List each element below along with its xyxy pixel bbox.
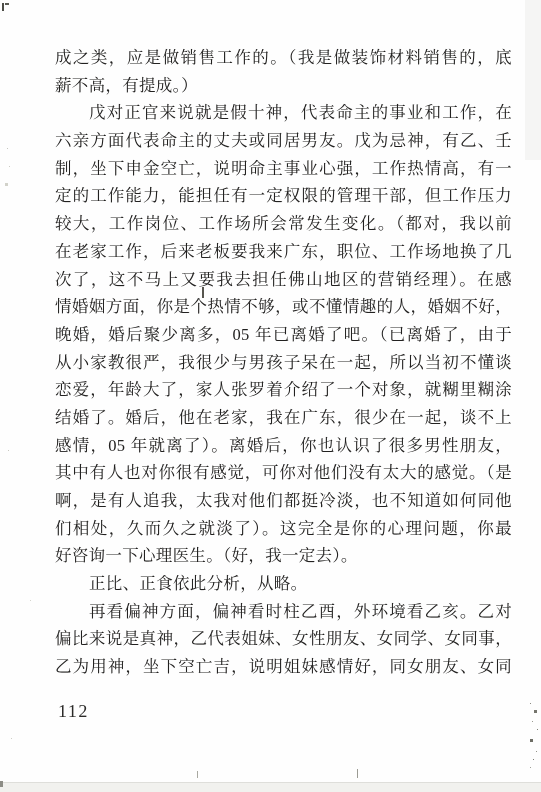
scan-noise-top-right-dots bbox=[526, 3, 527, 4]
text-line: 戊对正官来说就是假十神，代表命主的事业和工作，在 bbox=[55, 99, 512, 127]
text-line: 其中有人也对你很有感觉，可你对他们没有太大的感觉。（是 bbox=[55, 459, 512, 487]
text-line: 乙为用神，坐下空亡吉，说明姐妹感情好，同女朋友、女同 bbox=[55, 653, 512, 681]
text-line: 再看偏神方面，偏神看时柱乙酉，外环境看乙亥。乙对 bbox=[55, 598, 512, 626]
scanned-book-page: 成之类，应是做销售工作的。（我是做装饰材料销售的，底薪不高，有提成。）戊对正官来… bbox=[0, 0, 541, 792]
text-line: 薪不高，有提成。） bbox=[55, 72, 512, 100]
text-line: 制，坐下申金空亡，说明命主事业心强，工作热情高，有一 bbox=[55, 155, 512, 183]
scan-stray-tick bbox=[197, 771, 198, 778]
scan-mark-top-left bbox=[2, 3, 4, 11]
text-line: 在老家工作，后来老板要我来广东，职位、工作场地换了几 bbox=[55, 238, 512, 266]
text-line: 啊，是有人追我，太我对他们都挺冷淡，也不知道如何同他 bbox=[55, 487, 512, 515]
text-line: 结婚了。婚后，他在老家，我在广东，很少在一起，谈不上 bbox=[55, 404, 512, 432]
text-line: 感情，05 年就离了）。离婚后，你也认识了很多男性朋友， bbox=[55, 432, 512, 460]
text-line: 们相处，久而久之就淡了）。这完全是你的心理问题，你最 bbox=[55, 515, 512, 543]
body-text: 成之类，应是做销售工作的。（我是做装饰材料销售的，底薪不高，有提成。）戊对正官来… bbox=[55, 44, 512, 681]
text-line: 偏比来说是真神，乙代表姐妹、女性朋友、女同学、女同事， bbox=[55, 625, 512, 653]
text-line: 成之类，应是做销售工作的。（我是做装饰材料销售的，底 bbox=[55, 44, 512, 72]
scan-faint-specks bbox=[5, 140, 6, 141]
text-line: 恋爱，年龄大了，家人张罗着介绍了一个对象，就糊里糊涂 bbox=[55, 376, 512, 404]
page-number: 112 bbox=[58, 701, 89, 722]
scan-stray-tick bbox=[357, 769, 358, 778]
scan-noise-bottom-right-dots bbox=[528, 700, 529, 701]
text-line: 较大，工作岗位、工作场所会常发生变化。（都对，我以前 bbox=[55, 210, 512, 238]
text-line: 晚婚，婚后聚少离多，05 年已离婚了吧。（已离婚了，由于 bbox=[55, 321, 512, 349]
text-line: 次了，这不马上又要我去担任佛山地区的营销经理）。在感 bbox=[55, 266, 512, 294]
text-line: 正比、正食依此分析，从略。 bbox=[55, 570, 512, 598]
text-line: 从小家教很严，我很少与男孩子呆在一起，所以当初不懂谈 bbox=[55, 349, 512, 377]
text-line: 好咨询一下心理医生。（好，我一定去）。 bbox=[55, 542, 512, 570]
scan-edge-bottom-band bbox=[0, 782, 541, 792]
text-line: 定的工作能力，能担任有一定权限的管理干部，但工作压力 bbox=[55, 182, 512, 210]
scan-notch-bottom-left bbox=[0, 781, 3, 787]
text-line: 六亲方面代表命主的丈夫或同居男友。戊为忌神，有乙、壬 bbox=[55, 127, 512, 155]
text-line: 情婚姻方面，你是个热情不够，或不懂情趣的人，婚姻不好， bbox=[55, 293, 512, 321]
scan-noise-top-right-band bbox=[525, 0, 541, 160]
